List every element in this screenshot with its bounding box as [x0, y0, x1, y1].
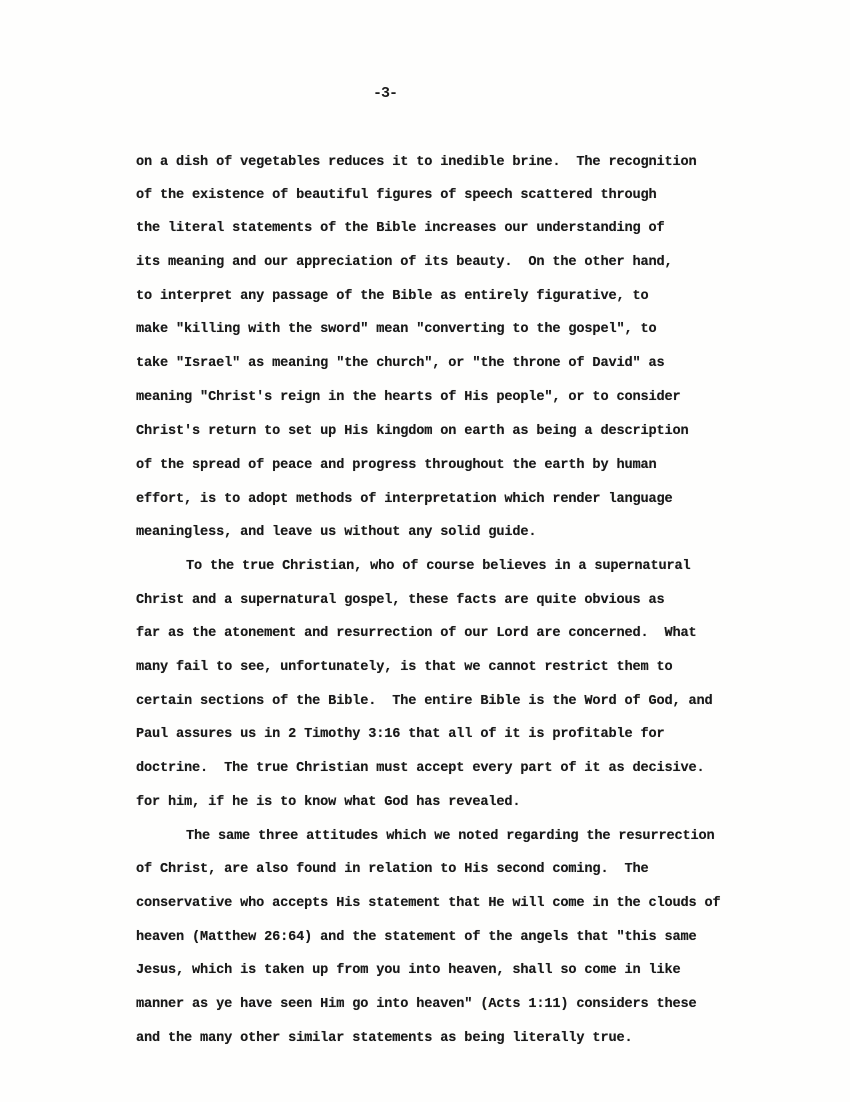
document-page: -3- on a dish of vegetables reduces it t… — [0, 0, 850, 1102]
page-number: -3- — [370, 85, 400, 102]
text-line: take "Israel" as meaning "the church", o… — [136, 355, 665, 373]
text-line: conservative who accepts His statement t… — [136, 895, 721, 913]
text-line: make "killing with the sword" mean "conv… — [136, 321, 657, 339]
text-line: Christ's return to set up His kingdom on… — [136, 423, 689, 441]
text-line: and the many other similar statements as… — [136, 1030, 632, 1048]
text-line: heaven (Matthew 26:64) and the statement… — [136, 929, 697, 947]
text-line: for him, if he is to know what God has r… — [136, 794, 520, 812]
text-line: Christ and a supernatural gospel, these … — [136, 592, 665, 610]
text-line: doctrine. The true Christian must accept… — [136, 760, 705, 778]
text-line: many fail to see, unfortunately, is that… — [136, 659, 673, 677]
text-line: of Christ, are also found in relation to… — [136, 861, 649, 879]
text-line: manner as ye have seen Him go into heave… — [136, 996, 697, 1014]
text-line: effort, is to adopt methods of interpret… — [136, 491, 673, 509]
text-line: its meaning and our appreciation of its … — [136, 254, 673, 272]
text-line: to interpret any passage of the Bible as… — [136, 288, 649, 306]
text-line: meaningless, and leave us without any so… — [136, 524, 536, 542]
paragraph-start-line: To the true Christian, who of course bel… — [186, 558, 690, 576]
paragraph-start-line: The same three attitudes which we noted … — [186, 828, 715, 846]
text-line: far as the atonement and resurrection of… — [136, 625, 697, 643]
text-line: of the spread of peace and progress thro… — [136, 457, 657, 475]
text-line: on a dish of vegetables reduces it to in… — [136, 154, 697, 172]
text-line: of the existence of beautiful figures of… — [136, 187, 657, 205]
text-line: Paul assures us in 2 Timothy 3:16 that a… — [136, 726, 665, 744]
text-line: certain sections of the Bible. The entir… — [136, 693, 713, 711]
text-line: Jesus, which is taken up from you into h… — [136, 962, 681, 980]
text-line: the literal statements of the Bible incr… — [136, 220, 665, 238]
text-line: meaning "Christ's reign in the hearts of… — [136, 389, 681, 407]
